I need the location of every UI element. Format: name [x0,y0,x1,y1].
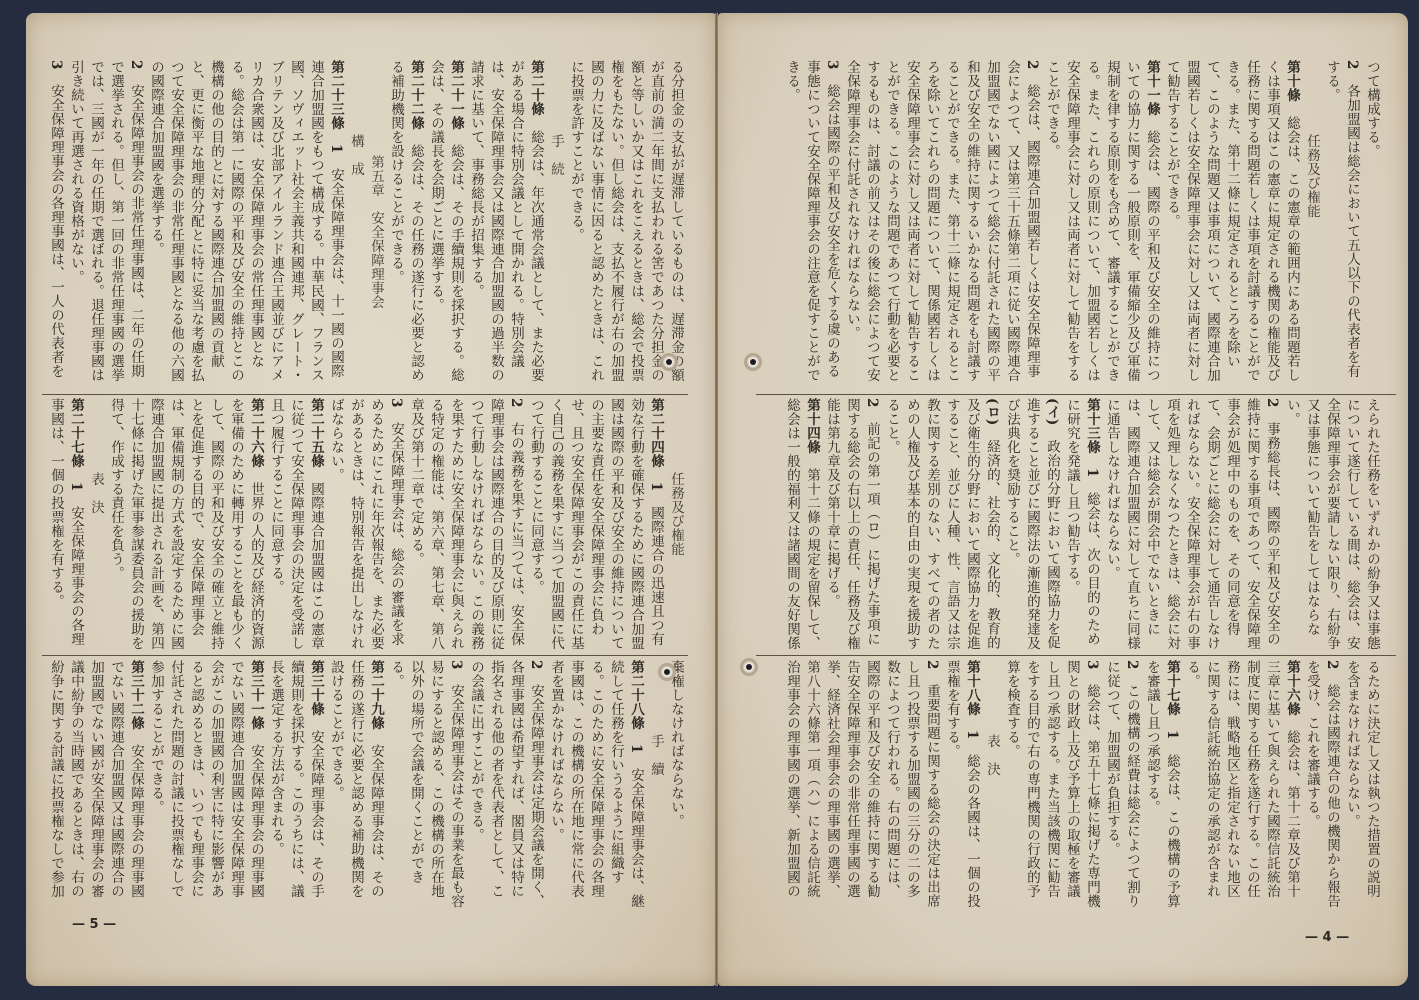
right-page-middle-band: えられた任務をいずれかの紛争又は事態について遂行している間は、総会は、安全保障理… [782,398,1382,650]
article-label: 第十三條 1 [1084,398,1100,478]
article-paragraph: 第二十條 総会は、年次通常会議として、また必要がある場合に特別会議として開かれる… [466,60,546,388]
clause-paragraph: 2 総会は、國際連合加盟國若しくは安全保障理事会によつて、又は第三十五條第二項に… [842,60,1042,388]
article-label: 第三十二條 [128,660,144,730]
article-paragraph: 第十六條 総会は、第十二章及び第十三章に基いて與えられた國際信託統治制度に関する… [1182,660,1302,910]
continued-text: 棄権しなければならない。 [666,660,686,910]
article-label: 2 [924,660,940,670]
article-label: 2 [864,398,880,408]
heading-text: 構 成 [348,134,364,176]
body-text: 安全保障理事会はその事業を最も容易にすると認める、この機構の所在地以外の場所で会… [388,660,464,908]
body-text: 経済的、社会的、文化的、教育的及び衛生的分野において國際協力を促進すること、並び… [884,398,1000,650]
article-paragraph: 第二十二條 総会は、その任務の遂行に必要と認める補助機関を設けることができる。 [386,60,426,388]
body-text: 前記の第一項（ロ）に掲げた事項に関する総会の右以上の責任、任務及び権能は第九章及… [824,398,880,650]
heading-text: 任務及び権能 [1304,134,1320,218]
heading-text: 表 決 [88,472,104,514]
article-label: (ロ) [984,398,1000,426]
article-paragraph: 第十一條 総会は、國際の平和及び安全の維持についての協力に関する一般原則を、軍備… [1042,60,1162,388]
body-text: えられた任務をいずれかの紛争又は事態について遂行している間は、総会は、安全保障理… [1284,398,1380,650]
section-heading: 表 決 [86,398,106,650]
clause-paragraph: 3 安全保障理事会の各理事國は、一人の代表者を有する。 [48,60,66,388]
heading-text: 表 決 [984,734,1000,776]
article-paragraph: 第二十八條 1 安全保障理事会は、継続して任務を行いうるように組織する。このため… [546,660,646,910]
section-heading: 構 成 [346,60,366,388]
article-paragraph: 第十七條 1 総会は、この機構の予算を審議し且つ承認する。 [1142,660,1182,910]
article-label: 第二十條 [528,60,544,116]
article-label: 3 [48,60,64,70]
article-label: 第二十六條 [248,398,264,468]
section-heading: 表 決 [982,660,1002,910]
article-label: 第十八條 1 [964,660,980,740]
body-text: 安全保障理事会は、総会の審議を求めるためにこれに年次報告を、また必要があるときは… [328,398,404,650]
section-divider [756,655,1396,656]
article-label: 3 [448,660,464,670]
clause-paragraph: 2 重要問題に関する総会の決定は出席し且つ投票する加盟國の三分の二の多数によつて… [782,660,942,910]
body-text: 総会は國際連合の他の機関から報告を受け、これを審議する。 [1304,660,1340,908]
article-label: 3 [824,60,840,70]
body-text: 安全保障理事会の理事國でない國際連合加盟國は安全保障理事会がこの加盟國の利害に特… [148,660,264,898]
article-paragraph: 第十條 総会は、この憲章の範囲内にある問題若しくは事項又はこの憲章に規定される機… [1162,60,1302,388]
article-paragraph: 第二十三條 1 安全保障理事会は、十一國の國際連合加盟國をもつて構成する。中華民… [146,60,346,388]
article-label: 第十六條 [1284,660,1300,716]
body-text: 安全保障理事会は、十一國の國際連合加盟國をもつて構成する。中華民國、フランス國、… [148,60,344,382]
article-paragraph: 第三十條 安全保障理事会は、その手續規則を採択する。このうちには、議長を選定する… [266,660,326,910]
clause-paragraph: (イ) 政治的分野において國際協力を促進すること並びに國際法の漸進的発達及び法典… [1002,398,1062,650]
article-paragraph: 第二十五條 國際連合加盟國はこの憲章に従つて安全保障理事会の決定を受諾し且つ履行… [266,398,326,650]
clause-paragraph: (ロ) 経済的、社会的、文化的、教育的及び衛生的分野において國際協力を促進するこ… [882,398,1002,650]
page-number-left: — 5 — [72,917,116,932]
book-spine [715,13,718,986]
article-paragraph: 第二十七條 1 安全保障理事会の各理事國は、一個の投票権を有する。 [48,398,86,650]
clause-paragraph: 2 安全保障理事会は定期会議を開く、各理事國は希望すれば、閣員又は特に指名される… [466,660,546,910]
article-paragraph: 第二十六條 世界の人的及び経済的資源を軍備のために轉用することを最も少くして、國… [106,398,266,650]
section-divider [42,394,688,395]
binding-hole-icon [662,355,676,369]
article-label: 第二十二條 [408,60,424,130]
article-label: 2 [1324,660,1340,670]
clause-paragraph: 2 右の義務を果すに当つては、安全保障理事会は國際連合の目的及び原則に従つて行動… [406,398,526,650]
clause-paragraph: 2 前記の第一項（ロ）に掲げた事項に関する総会の右以上の責任、任務及び権能は第九… [822,398,882,650]
section-heading: 任務及び権能 [666,398,686,650]
article-paragraph: 第三十一條 安全保障理事会の理事國でない國際連合加盟國は安全保障理事会がこの加盟… [146,660,266,910]
article-label: 第十一條 [1144,60,1160,116]
section-heading: 手 續 [646,660,666,910]
clause-paragraph: 2 事務総長は、國際の平和及び安全の維持に関する事項であつて、安全保障理事会が処… [1102,398,1282,650]
article-label: 3 [1084,660,1100,670]
body-text: 右の義務を果すに当つては、安全保障理事会は國際連合の目的及び原則に従つて行動しな… [408,398,524,650]
article-label: 2 [128,60,144,70]
body-text: つて構成する。 [1364,60,1380,158]
article-label: 第二十八條 1 [628,660,644,754]
article-label: 第二十五條 [308,398,324,468]
body-text: 安全保障理事会の非常任理事國は、二年の任期で選挙される。但し、第一回の非常任理事… [68,60,144,382]
binding-hole-icon [742,660,756,674]
body-text: 総会は、この憲章の範囲内にある問題若しくは事項又はこの憲章に規定される機関の権能… [1164,60,1300,382]
body-text: 各加盟國は総会において五人以下の代表者を有する。 [1324,60,1360,378]
article-label: 2 [1264,398,1280,408]
article-label: (イ) [1044,398,1060,426]
body-text: る分担金の支払が遅滞しているものは、遅滞金の額が直前の満二年間に支払われる筈であ… [568,60,684,382]
article-label: 2 [508,398,524,408]
section-divider [42,655,688,656]
body-text: 棄権しなければならない。 [668,660,684,828]
body-text: 世界の人的及び経済的資源を軍備のために轉用することを最も少くして、國際の平和及び… [108,398,264,650]
article-label: 2 [1124,660,1140,670]
article-label: 2 [1024,60,1040,70]
section-heading: 任務及び権能 [1302,60,1322,388]
left-page-middle-band: 任務及び権能第二十四條 1 國際連合の迅速且つ有効な行動を確保するために國際連合… [48,398,686,650]
body-text: 政治的分野において國際協力を促進すること並びに國際法の漸進的発達及び法典化を奨励… [1004,398,1060,650]
clause-paragraph: 3 安全保障理事会は、総会の審議を求めるためにこれに年次報告を、また必要があると… [326,398,406,650]
right-page-bottom-band: るために決定し又は執つた措置の説明を含まなければならない。2 総会は國際連合の他… [782,660,1382,910]
continued-text: つて構成する。 [1362,60,1382,388]
page-number-right: — 4 — [1305,930,1349,945]
article-label: 第十四條 [804,398,820,454]
body-text: 事務総長は、國際の平和及び安全の維持に関する事項であつて、安全保障理事会が処理中… [1104,398,1280,650]
body-text: 國際連合の迅速且つ有効な行動を確保するために國際連合加盟國は國際の平和及び安全の… [528,398,664,650]
binding-hole-icon [746,355,760,369]
clause-paragraph: 3 安全保障理事会はその事業を最も容易にすると認める、この機構の所在地以外の場所… [386,660,466,910]
article-paragraph: 第十三條 1 総会は、次の目的のために研究を発議し且つ勧告する。 [1062,398,1102,650]
section-divider [756,394,1396,395]
article-label: 第十條 [1284,60,1300,102]
article-label: 第二十九條 [368,660,384,730]
heading-text: 手 續 [648,734,664,776]
clause-paragraph: 2 総会は國際連合の他の機関から報告を受け、これを審議する。 [1302,660,1342,910]
clause-paragraph: 3 総会は、第五十七條に掲げた専門機関との財政上及び予算上の取極を審議し且つ承認… [1002,660,1102,910]
article-paragraph: 第二十一條 総会は、その手續規則を採択する。総会は、その議長を会期ごとに選挙する… [426,60,466,388]
article-label: 第三十條 [308,660,324,716]
left-page-bottom-band: 棄権しなければならない。手 續第二十八條 1 安全保障理事会は、継続して任務を行… [48,660,686,910]
body-text: 重要問題に関する総会の決定は出席し且つ投票する加盟國の三分の二の多数によつて行わ… [782,660,940,908]
body-text: 安全保障理事会の各理事國は、一人の代表者を有する。 [48,60,64,378]
article-paragraph: 第十四條 第十二條の規定を留保して、総会は一般的福利又は諸國間の友好関係を害する… [782,398,822,650]
article-label: 第二十七條 1 [68,398,84,492]
article-label: 3 [388,398,404,408]
article-label: 第二十四條 1 [648,398,664,492]
heading-text: 任務及び権能 [668,472,684,556]
body-text: るために決定し又は執つた措置の説明を含まなければならない。 [1344,660,1380,898]
article-label: 2 [528,660,544,670]
body-text: 総会は、國際の平和及び安全の維持についての協力に関する一般原則を、軍備縮少及び軍… [1044,60,1160,382]
heading-text: 第五章 安全保障理事会 [368,155,384,309]
clause-paragraph: 3 総会は國際の平和及び安全を危くする虞のある事態について安全保障理事会の注意を… [782,60,842,388]
heading-text: 手 続 [548,134,564,176]
binding-hole-icon [660,665,674,679]
right-page-top-band: つて構成する。2 各加盟國は総会において五人以下の代表者を有する。任務及び権能第… [782,60,1382,388]
chapter-title: 第五章 安全保障理事会 [366,60,386,388]
continued-text: る分担金の支払が遅滞しているものは、遅滞金の額が直前の満二年間に支払われる筈であ… [566,60,686,388]
article-label: 2 [1344,60,1360,70]
continued-text: るために決定し又は執つた措置の説明を含まなければならない。 [1342,660,1382,910]
article-paragraph: 第二十九條 安全保障理事会は、その任務の遂行に必要と認める補助機関を設けることが… [326,660,386,910]
article-label: 第二十三條 1 [328,60,344,154]
body-text: この機構の経費は総会によつて割りに従つて、加盟國が負担する。 [1104,660,1140,908]
body-text: 安全保障理事会は定期会議を開く、各理事國は希望すれば、閣員又は特に指名される他の… [468,660,544,908]
section-heading: 手 続 [546,60,566,388]
body-text: 総会は、國際連合加盟國若しくは安全保障理事会によつて、又は第三十五條第二項に従い… [844,60,1040,382]
body-text: 総会は、第十二章及び第十三章に基いて與えられた國際信託統治制度に関する任務を遂行… [1184,660,1300,898]
article-label: 第三十一條 [248,660,264,730]
article-paragraph: 第十八條 1 総会の各國は、一個の投票権を有する。 [942,660,982,910]
clause-paragraph: 2 各加盟國は総会において五人以下の代表者を有する。 [1322,60,1362,388]
article-paragraph: 第三十二條 安全保障理事会の理事國でない國際連合加盟國又は國際連合の加盟國でない… [48,660,146,910]
body-text: 総会は、第五十七條に掲げた専門機関との財政上及び予算上の取極を審議し且つ承認する… [1004,660,1100,908]
continued-text: えられた任務をいずれかの紛争又は事態について遂行している間は、総会は、安全保障理… [1282,398,1382,650]
clause-paragraph: 2 この機構の経費は総会によつて割りに従つて、加盟國が負担する。 [1102,660,1142,910]
article-label: 第十七條 1 [1164,660,1180,740]
left-page-top-band: る分担金の支払が遅滞しているものは、遅滞金の額が直前の満二年間に支払われる筈であ… [48,60,686,388]
article-paragraph: 第二十四條 1 國際連合の迅速且つ有効な行動を確保するために國際連合加盟國は國際… [526,398,666,650]
clause-paragraph: 2 安全保障理事会の非常任理事國は、二年の任期で選挙される。但し、第一回の非常任… [66,60,146,388]
article-label: 第二十一條 [448,60,464,130]
body-text: 総会は國際の平和及び安全を危くする虞のある事態について安全保障理事会の注意を促す… [784,60,840,382]
